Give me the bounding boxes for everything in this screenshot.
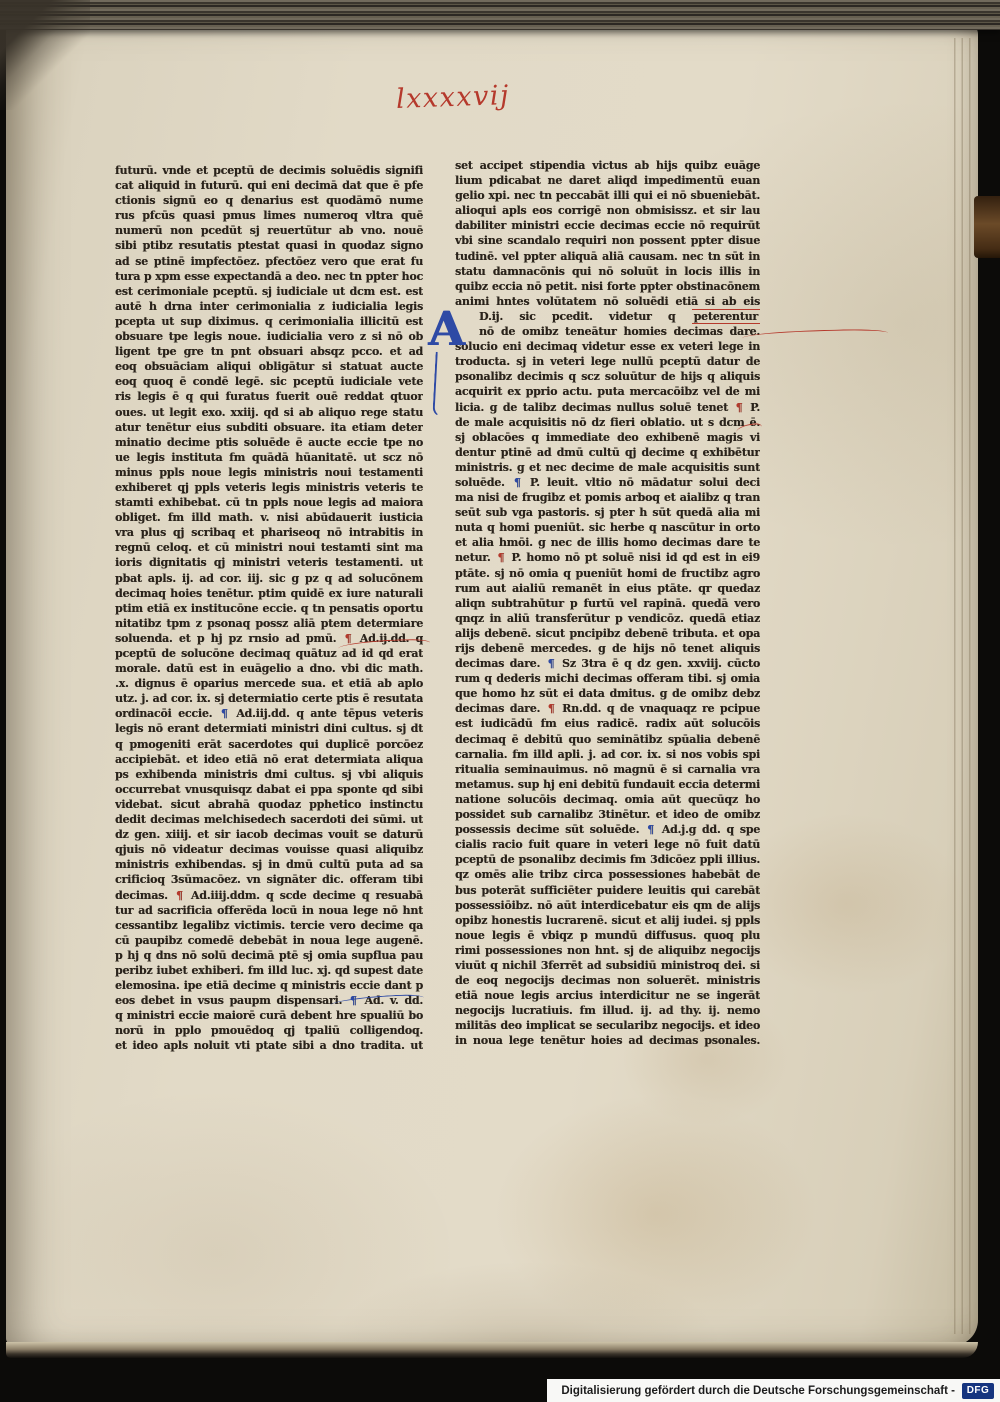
text-column-left: futurū. vnde et pceptū de decimis soluēd… (115, 163, 423, 1054)
text-line: ps exhibenda ministris dmi cultus. sj vb… (115, 767, 423, 782)
paragraph-mark: ¶ (219, 707, 230, 720)
text-line: decimaq hoies tenētur. ptim quidē ex iur… (115, 586, 423, 601)
text-line: statu damnacōnis qui nō soluūt in locis … (455, 264, 760, 279)
text-line: quibz eccia nō petit. nisi forte ppter o… (455, 279, 760, 294)
text-line: tura p xpm esse expectandā a deo. nec tn… (115, 269, 423, 284)
text-line: tur ad sacrificia offerēda locū in noua … (115, 903, 423, 918)
text-line: rum q dederis michi decimas offeram tibi… (455, 671, 760, 686)
text-line: licia. g de talibz decimas nullus soluē … (455, 400, 760, 415)
text-line: est cerimoniale pceptū. sj iudiciale ut … (115, 284, 423, 299)
text-line: gelio xpi. nec tn peccabāt illi qui ei n… (455, 188, 760, 203)
manuscript-scan: lxxxxvij futurū. vnde et pceptū de decim… (0, 0, 1000, 1402)
text-line: norū in pplo pmouēdoq qj tpaliū colligen… (115, 1023, 423, 1038)
text-line: q ministri eccie maiorē curā debent hre … (115, 1008, 423, 1023)
page-bottom-edge (6, 1342, 978, 1358)
text-line: et alia hmōi. g nec de illis homo decima… (455, 535, 760, 550)
text-line: acquirit ex pprio actu. puta mercacōibz … (455, 384, 760, 399)
text-line: solucio eni decimaq videtur esse ex vete… (455, 339, 760, 354)
text-line: militās deo implicat se secularibz negoc… (455, 1018, 760, 1033)
text-line: oues. ut legit exo. xxiij. qd si ab aliq… (115, 405, 423, 420)
text-line: sibi ptibz resutatis ptestat quasi in qu… (115, 238, 423, 253)
text-line: obliget. fm illd math. v. nisi abūdaueri… (115, 510, 423, 525)
text-line: set accipet stipendia victus ab hijs qui… (455, 158, 760, 173)
text-line: pbat apls. ij. ad cor. iij. sic g pz q a… (115, 571, 423, 586)
text-line: exhiberet qj ppls veteris legis ministri… (115, 480, 423, 495)
text-line: seūt sub vga pastoris. sj pter h sūt que… (455, 505, 760, 520)
text-line: obsuare tpe legis noue. iudicialia vero … (115, 329, 423, 344)
text-line: possessiōibz. nō aūt interdicebatur eis … (455, 898, 760, 913)
text-line: vbi sine scandalo requiri non possent pp… (455, 233, 760, 248)
text-line: nuta q homi pueniūt. sic herbe q nascūtu… (455, 520, 760, 535)
text-line: numerū non pcedūt sj reuertūtur ab vno. … (115, 223, 423, 238)
decorated-initial: A (428, 306, 464, 353)
text-line: cessantibz legalibz victimis. tercie ver… (115, 918, 423, 933)
text-line: utz. j. ad cor. ix. sj determiatio certe… (115, 691, 423, 706)
text-line: alioqui apls eos corrigē non obmisissz. … (455, 203, 760, 218)
text-line: pceptū de psonalibz decimis fm 3dicōez p… (455, 852, 760, 867)
text-line: cū paupibz comedē debebāt in noua lege a… (115, 933, 423, 948)
text-line: opibz honestis lucrarenē. sicut et alij … (455, 913, 760, 928)
text-line: rimi possessiones non hnt. sj de aliquib… (455, 943, 760, 958)
bookmark-tab (974, 196, 1000, 258)
text-line: viuūt q nichil 3ferrēt ad subsidiū minis… (455, 958, 760, 973)
text-line: qnqz in aliū transferūtur p vendicōz. qu… (455, 611, 760, 626)
credit-text: Digitalisierung gefördert durch die Deut… (561, 1385, 955, 1397)
text-line: qjuis nō videatur decimas vouisse quasi … (115, 842, 423, 857)
text-line: decimas. ¶ Ad.iiij.ddm. q scde decime q … (115, 888, 423, 903)
text-line: troducta. sj in veteri lege nullū pceptū… (455, 354, 760, 369)
text-line: psonalibz decimis q scz soluūtur de hijs… (455, 369, 760, 384)
text-line: ligent tpe gre tn pnt obsuari absqz pcco… (115, 344, 423, 359)
text-line: dentur ptinē ad dmū cultū qj decime q ex… (455, 445, 760, 460)
text-line: rum aut aialiū remanēt in eius ptāte. qr… (455, 581, 760, 596)
text-line: cialis racio fuit quare in veteri lege n… (455, 837, 760, 852)
text-line: autē h drna inter cerimonialia z iudicia… (115, 299, 423, 314)
text-line: bus poterāt sufficiēter puidere leuitis … (455, 883, 760, 898)
text-line: de eoq negocijs decimas non soluerēt. mi… (455, 973, 760, 988)
text-line: minus ppls noue legis ministris noui tes… (115, 465, 423, 480)
text-line: ma nisi de frugibz et pomis arboq et aia… (455, 490, 760, 505)
paragraph-mark: ¶ (496, 551, 507, 564)
text-line: peribz iubet exhiberi. fm illd luc. xj. … (115, 963, 423, 978)
text-line: minatio decime ptis soluēde ē aucte ecci… (115, 435, 423, 450)
paragraph-mark: ¶ (645, 823, 656, 836)
text-line: ris legis ē q qui furatus fuerit ouē red… (115, 389, 423, 404)
text-line: dz gen. xiiij. et sir iacob decimas voui… (115, 827, 423, 842)
text-line: aliqn subtrahūtur p furtū vel rapinā. qu… (455, 596, 760, 611)
text-line: etiā noue legis arcius interdicitur ne s… (455, 988, 760, 1003)
page-edges-stack (0, 0, 1000, 30)
folio-number: lxxxxvij (395, 80, 510, 115)
text-line: decimas dare. ¶ Rn.dd. q de vnaquaqz re … (455, 701, 760, 716)
text-line: qz omēs alie tribz circa possessiones ha… (455, 867, 760, 882)
text-line: eoq obsuāciam aliqui obligātur si statua… (115, 359, 423, 374)
paragraph-mark: ¶ (734, 401, 745, 414)
rubricated-word: peterentur (692, 309, 760, 324)
text-line: stamti exhibebat. cū tn ppls noue legis … (115, 495, 423, 510)
text-line: ptim etiā ex institucōne eccie. q tn pen… (115, 601, 423, 616)
text-line: ioris dignitatis qj ministri veteris tes… (115, 555, 423, 570)
text-line: tudinē. vel ppter aliquā aliā causam. ne… (455, 249, 760, 264)
text-line: animi hntes volūtatem nō soluēdi etiā si… (455, 294, 760, 309)
text-line: p hj q dns nō solū decimā ptē sj omia su… (115, 948, 423, 963)
text-line: soluēde. ¶ P. leuit. vltio nō mādatur so… (455, 475, 760, 490)
text-line: eoq quoq ē condē legē. sic pceptū iudici… (115, 374, 423, 389)
text-line: .x. dignus ē oparius mercede sua. et eti… (115, 676, 423, 691)
text-line: negocijs lucratiuis. fm illud. ij. ad th… (455, 1003, 760, 1018)
dfg-logo: DFG (962, 1383, 994, 1399)
text-column-right: set accipet stipendia victus ab hijs qui… (455, 158, 760, 1049)
text-line: D.ij. sic pcedit. videtur q peterentur (455, 309, 760, 324)
text-line: dedit decimas melchisedech sacerdoti dei… (115, 812, 423, 827)
text-line: metamus. sup hj eni debitū fundauit ecci… (455, 777, 760, 792)
text-line: lium pdicabat ne daret aliqd impedimentū… (455, 173, 760, 188)
text-line: noue legis ē vbiqz p mundū diffusus. quo… (455, 928, 760, 943)
text-line: decimas dare. ¶ Sz 3tra ē q dz gen. xxvi… (455, 656, 760, 671)
text-line: ministris. g et nec decime de male acqui… (455, 460, 760, 475)
digitization-credit-bar: Digitalisierung gefördert durch die Deut… (547, 1379, 1000, 1402)
paragraph-mark: ¶ (512, 476, 523, 489)
text-line: regnū celoq. et cū ministri noui testamt… (115, 540, 423, 555)
text-line: possidet sub carnalibz 3tinētur. et ideo… (455, 807, 760, 822)
text-line: nitatibz tpm z psonaq possz aliā ptem de… (115, 616, 423, 631)
binding-corner-shadow (0, 0, 90, 110)
paragraph-mark: ¶ (546, 702, 557, 715)
text-line: rus pfcūs quasi pmus limes numeroq vltra… (115, 208, 423, 223)
text-line: de male acquisitis nō dz fieri oblatio. … (455, 415, 760, 430)
text-line: sj oblacōes q immediate deo exhibenē mag… (455, 430, 760, 445)
text-line: pcepta ut sup diximus. q cerimonialia il… (115, 314, 423, 329)
text-line: vra plus qj scribaq et phariseoq nō intr… (115, 525, 423, 540)
text-line: in noua lege tenētur hoies ad decimas ps… (455, 1033, 760, 1048)
text-line: morale. datū est in euāgelio a dno. vbi … (115, 661, 423, 676)
text-line: rijs debenē mercedes. g de hijs nō tenet… (455, 641, 760, 656)
text-line: ue legis instituta fm quādā hūanitatē. u… (115, 450, 423, 465)
text-line: ministris exhibendas. sj in dmū cultū pu… (115, 857, 423, 872)
text-line: elemosina. ipe etiā decime q ministris e… (115, 978, 423, 993)
text-line: natione solucōis decimaq. omia aūt quecū… (455, 792, 760, 807)
text-line: ctionis signū eo q denarius est quodāmō … (115, 193, 423, 208)
text-line: decimaq ē debitū quo seminātibz spūalia … (455, 732, 760, 747)
text-line: et ideo apls noluit vti ptate sibi a dno… (115, 1038, 423, 1053)
paragraph-mark: ¶ (174, 889, 185, 902)
text-line: ritualia seminauimus. nō magnū ē si carn… (455, 762, 760, 777)
text-line: ordinacōi eccie. ¶ Ad.iij.dd. q ante tēp… (115, 706, 423, 721)
text-line: carnalia. fm illd apli. j. ad cor. ix. s… (455, 747, 760, 762)
text-line: crificioq 3sūmacōez. vn signāter dic. of… (115, 872, 423, 887)
text-line: legis nō erant determiati ministri dini … (115, 721, 423, 736)
text-line: occurrebat vnusquisqz dabat ei ppa spont… (115, 782, 423, 797)
paragraph-mark: ¶ (546, 657, 557, 670)
text-line: cat aliquid in futurū. qui eni decimā da… (115, 178, 423, 193)
text-line: atur tenētur eius subditi obsuare. ita e… (115, 420, 423, 435)
text-line: videbat. sicut abrahā quodaz pphetico in… (115, 797, 423, 812)
text-line: futurū. vnde et pceptū de decimis soluēd… (115, 163, 423, 178)
text-line: que homo hz sūt ei data dmitus. g de omi… (455, 686, 760, 701)
text-line: q pmogeniti erāt sacerdotes qui duplicē … (115, 737, 423, 752)
text-line: accipiebāt. et ideo etiā nō erat determi… (115, 752, 423, 767)
text-line: ptāte. sj nō omia q pueniūt homi de fruc… (455, 566, 760, 581)
text-line: ad se ptinē impfectōez. pfectōez vero qu… (115, 254, 423, 269)
text-line: possessis decime sūt soluēde. ¶ Ad.j.g d… (455, 822, 760, 837)
text-line: est iudicādū fm eius radicē. radix aūt s… (455, 716, 760, 731)
text-line: netur. ¶ P. homo nō pt soluē nisi id qd … (455, 550, 760, 565)
text-line: nō de omibz teneātur homies decimas dare… (455, 324, 760, 339)
text-line: pceptū de solucōne decimaq quātuz ad id … (115, 646, 423, 661)
text-line: alijs debenē. sicut pncipibz debenē trib… (455, 626, 760, 641)
text-line: dabiliter ministri eccie decimas eccie n… (455, 218, 760, 233)
